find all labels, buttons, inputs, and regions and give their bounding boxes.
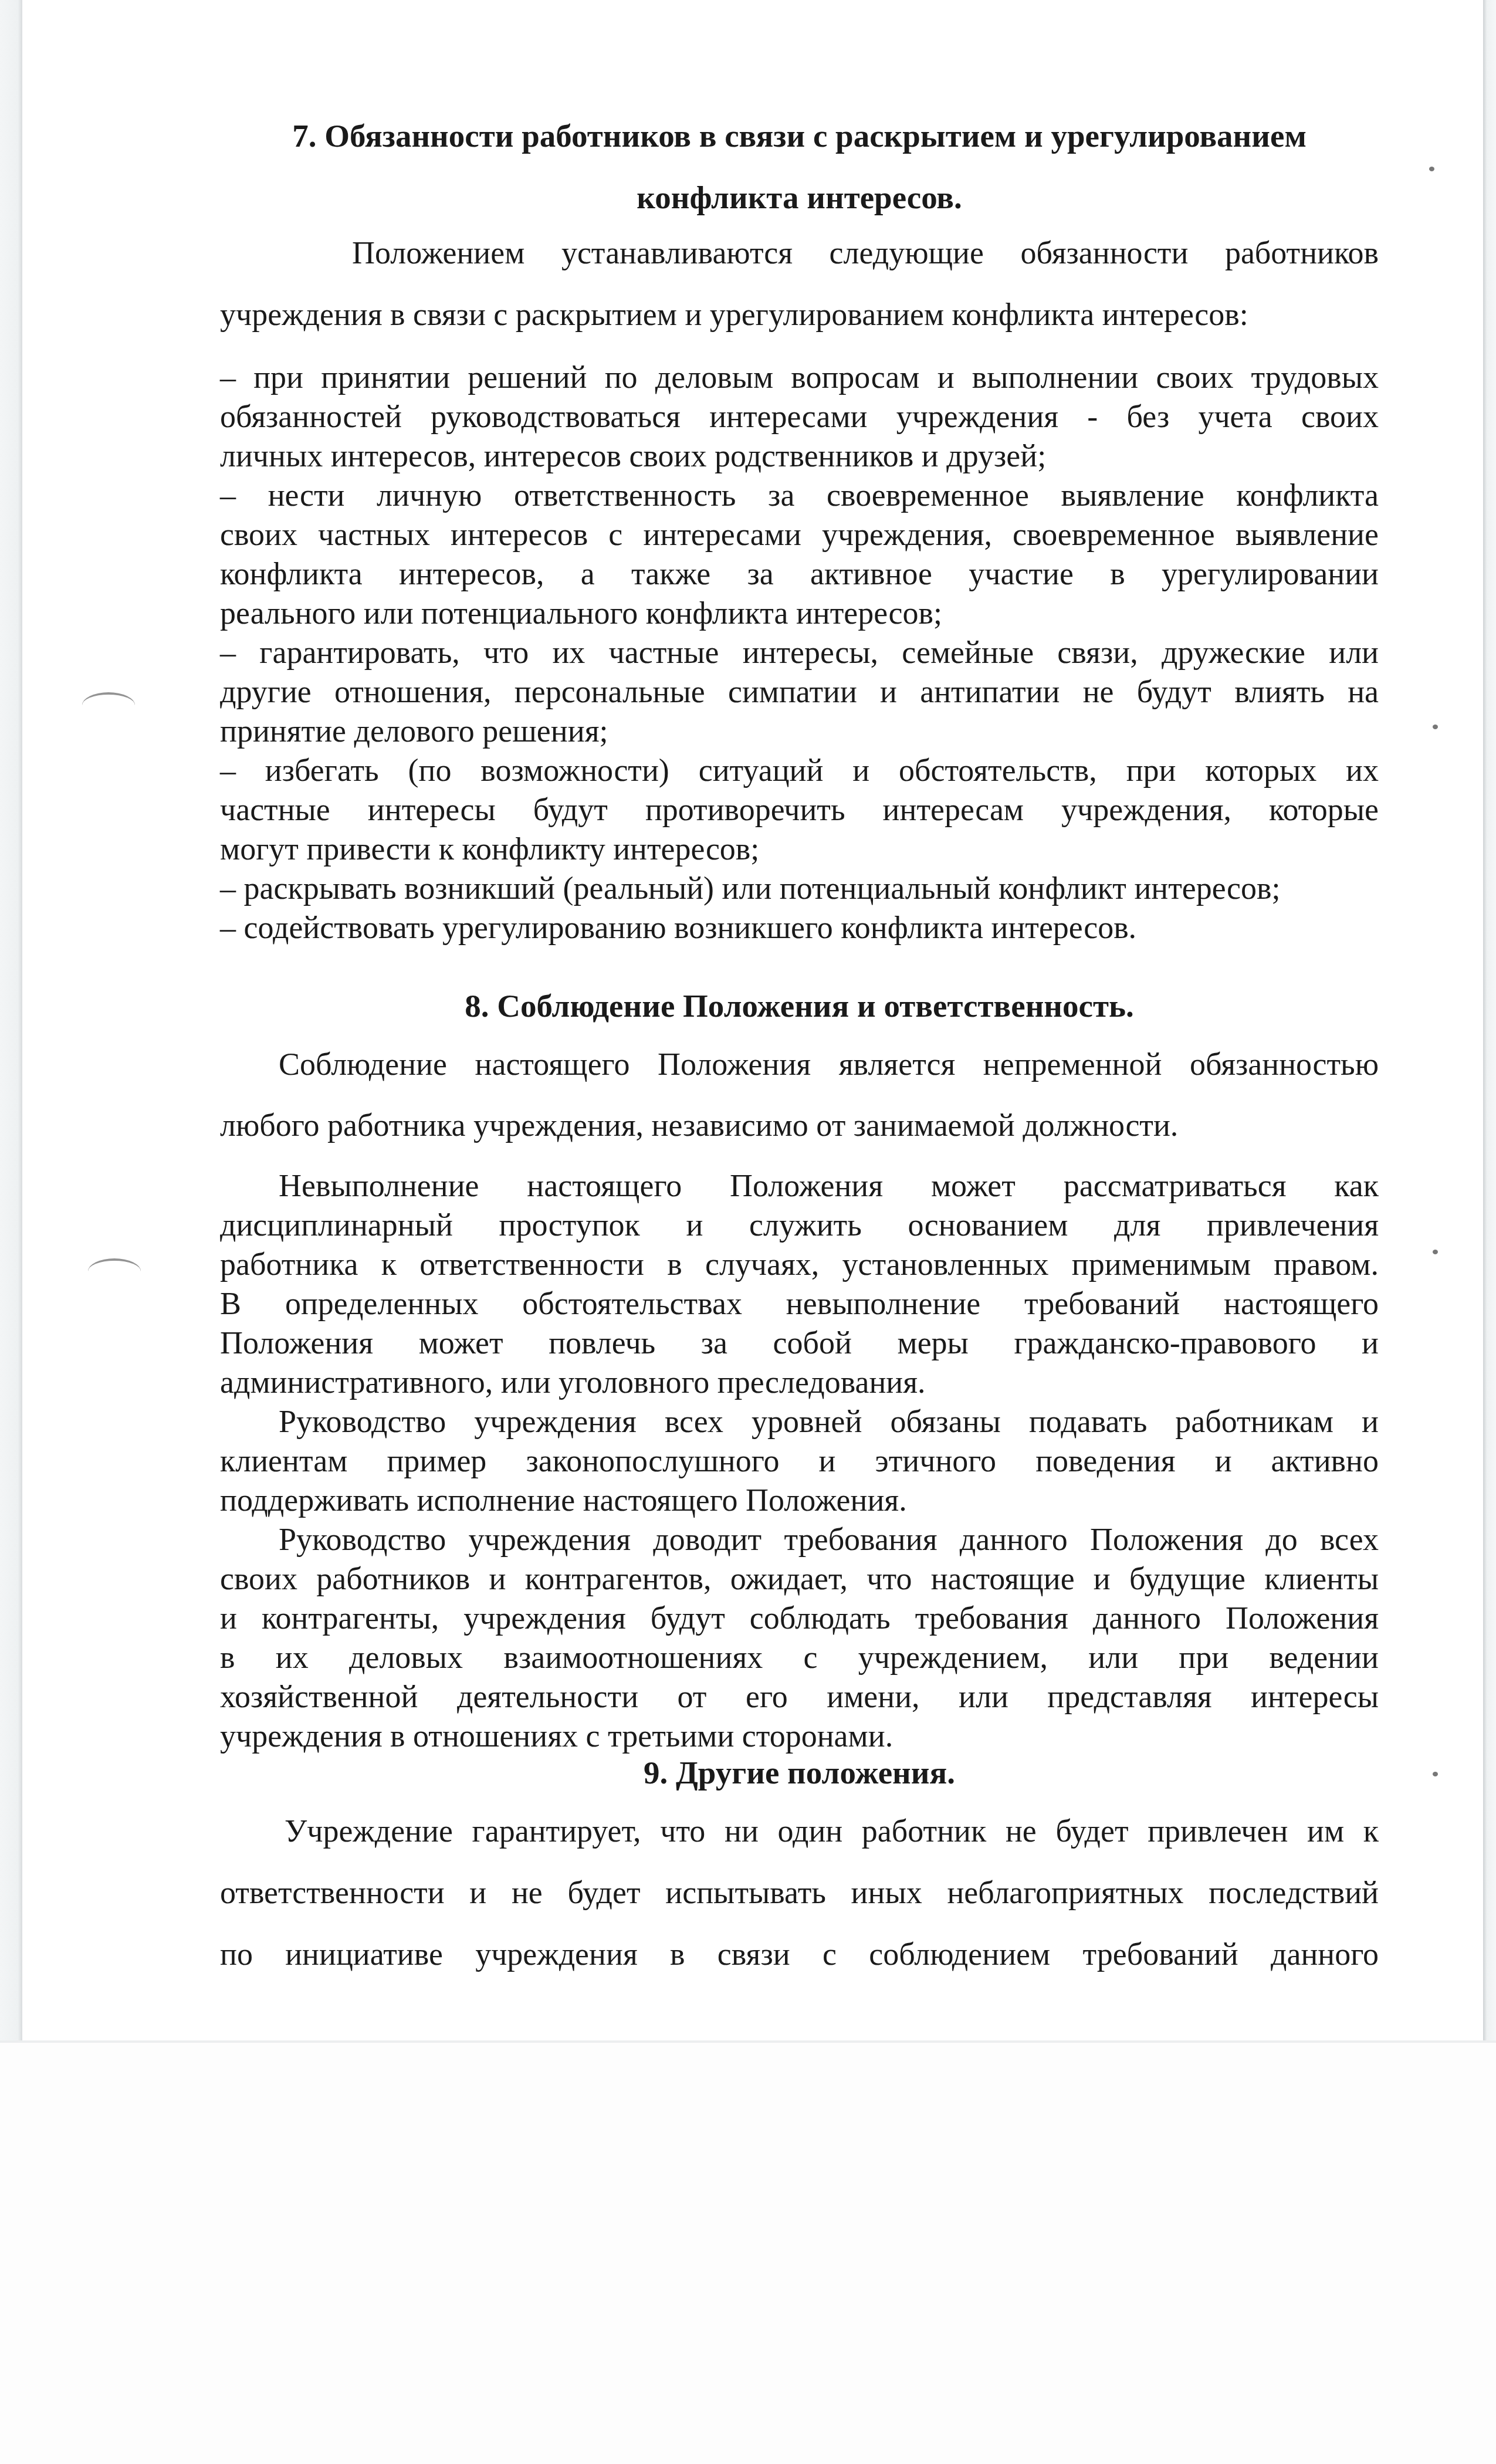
scan-speck — [1429, 167, 1434, 171]
scan-speck — [1433, 1250, 1438, 1254]
section-8-paragraph-line: административного, или уголовного пресле… — [220, 1364, 1379, 1400]
section-8-paragraph-line: Руководство учреждения всех уровней обяз… — [279, 1403, 1379, 1440]
section-8-paragraph-line: Положения может повлечь за собой меры гр… — [220, 1325, 1379, 1361]
scan-edge-left — [0, 0, 22, 2042]
section-8-paragraph-line: Руководство учреждения доводит требовани… — [279, 1521, 1379, 1558]
section-8-paragraph-line: клиентам пример законопослушного и этичн… — [220, 1443, 1379, 1479]
punch-hole-mark — [88, 1258, 141, 1284]
duty-line: – содействовать урегулированию возникшег… — [220, 909, 1379, 946]
section-8-paragraph-line: Соблюдение настоящего Положения является… — [279, 1046, 1379, 1082]
duty-line: принятие делового решения; — [220, 713, 1379, 749]
duty-line: обязанностей руководствоваться интересам… — [220, 398, 1379, 435]
section-8-paragraph-line: работника к ответственности в случаях, у… — [220, 1246, 1379, 1282]
section-8-title: 8. Соблюдение Положения и ответственност… — [220, 987, 1379, 1024]
section-9-paragraph-line: по инициативе учреждения в связи с соблю… — [220, 1936, 1379, 1972]
section-8-paragraph-line: дисциплинарный проступок и служить основ… — [220, 1207, 1379, 1243]
duty-line: – при принятии решений по деловым вопрос… — [220, 359, 1379, 395]
section-7-title-line-1: 7. Обязанности работников в связи с раск… — [220, 117, 1379, 154]
duty-line: своих частных интересов с интересами учр… — [220, 516, 1379, 553]
section-8-paragraph-line: своих работников и контрагентов, ожидает… — [220, 1561, 1379, 1597]
scan-speck — [1433, 1772, 1438, 1776]
duty-line: частные интересы будут противоречить инт… — [220, 791, 1379, 828]
scan-speck — [1433, 725, 1438, 729]
section-7-intro-line-1: Положением устанавливаются следующие обя… — [352, 235, 1379, 271]
duty-line: другие отношения, персональные симпатии … — [220, 673, 1379, 710]
section-7-intro-line-2: учреждения в связи с раскрытием и урегул… — [220, 296, 1379, 333]
section-8-paragraph-line: хозяйственной деятельности от его имени,… — [220, 1678, 1379, 1715]
section-8-paragraph-line: любого работника учреждения, независимо … — [220, 1107, 1379, 1143]
section-8-paragraph-line: в их деловых взаимоотношениях с учрежден… — [220, 1639, 1379, 1676]
section-8-paragraph-line: Невыполнение настоящего Положения может … — [279, 1167, 1379, 1204]
duty-line: – избегать (по возможности) ситуаций и о… — [220, 752, 1379, 788]
duty-line: могут привести к конфликту интересов; — [220, 831, 1379, 867]
duty-line: личных интересов, интересов своих родств… — [220, 438, 1379, 474]
section-9-paragraph-line: ответственности и не будет испытывать ин… — [220, 1874, 1379, 1911]
section-8-paragraph-line: В определенных обстоятельствах невыполне… — [220, 1285, 1379, 1322]
duty-line: – нести личную ответственность за своевр… — [220, 477, 1379, 513]
duty-line: – гарантировать, что их частные интересы… — [220, 634, 1379, 671]
duty-line: конфликта интересов, а также за активное… — [220, 556, 1379, 592]
section-8-paragraph-line: поддерживать исполнение настоящего Полож… — [220, 1482, 1379, 1518]
punch-hole-mark — [82, 692, 135, 718]
section-8-paragraph-line: учреждения в отношениях с третьими сторо… — [220, 1718, 1379, 1754]
scan-edge-right — [1483, 0, 1496, 2042]
duty-line: реального или потенциального конфликта и… — [220, 595, 1379, 631]
section-8-paragraph-line: и контрагенты, учреждения будут соблюдат… — [220, 1600, 1379, 1636]
section-9-paragraph-line: Учреждение гарантирует, что ни один рабо… — [285, 1813, 1379, 1849]
scan-bottom-edge — [0, 2040, 1496, 2043]
duty-line: – раскрывать возникший (реальный) или по… — [220, 870, 1379, 906]
section-9-title: 9. Другие положения. — [220, 1754, 1379, 1791]
section-7-title-line-2: конфликта интересов. — [220, 179, 1379, 216]
